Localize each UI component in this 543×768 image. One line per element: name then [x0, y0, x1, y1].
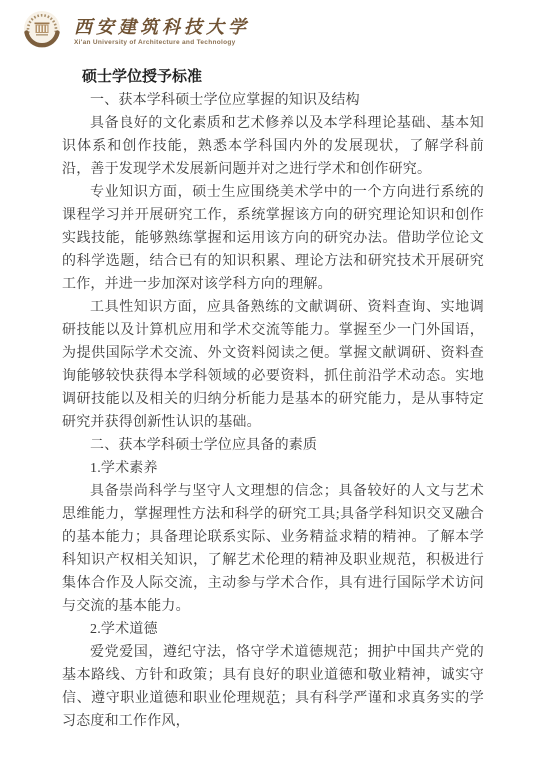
- university-logo: 西安建筑科技大学 Xi'an University of Architectur…: [22, 9, 250, 51]
- document-paragraphs: 一、获本学科硕士学位应掌握的知识及结构具备良好的文化素质和艺术修养以及本学科理论…: [62, 89, 484, 733]
- paragraph: 专业知识方面，硕士生应围绕美术学中的一个方向进行系统的课程学习并开展研究工作，系…: [62, 181, 484, 296]
- page-number: - 2 -: [0, 696, 543, 708]
- paragraph: 具备良好的文化素质和艺术修养以及本学科理论基础、基本知识体系和创作技能，熟悉本学…: [62, 112, 484, 181]
- document-page: 西安建筑科技大学 Xi'an University of Architectur…: [0, 0, 543, 768]
- paragraph: 二、获本学科硕士学位应具备的素质: [62, 434, 484, 457]
- university-seal-icon: [22, 9, 62, 51]
- paragraph: 具备崇尚科学与坚守人文理想的信念；具备较好的人文与艺术思维能力，掌握理性方法和科…: [62, 480, 484, 618]
- document-body: 硕士学位授予标准 一、获本学科硕士学位应掌握的知识及结构具备良好的文化素质和艺术…: [62, 66, 484, 733]
- paragraph: 1.学术素养: [62, 457, 484, 480]
- university-name-en: Xi'an University of Architecture and Tec…: [74, 39, 250, 46]
- university-name-block: 西安建筑科技大学 Xi'an University of Architectur…: [74, 9, 250, 46]
- document-title: 硕士学位授予标准: [62, 66, 484, 89]
- paragraph: 爱党爱国，遵纪守法，恪守学术道德规范；拥护中国共产党的基本路线、方针和政策；具有…: [62, 641, 484, 733]
- paragraph: 一、获本学科硕士学位应掌握的知识及结构: [62, 89, 484, 112]
- paragraph: 工具性知识方面，应具备熟练的文献调研、资料查询、实地调研技能以及计算机应用和学术…: [62, 296, 484, 434]
- university-name-cn: 西安建筑科技大学: [74, 17, 250, 37]
- paragraph: 2.学术道德: [62, 618, 484, 641]
